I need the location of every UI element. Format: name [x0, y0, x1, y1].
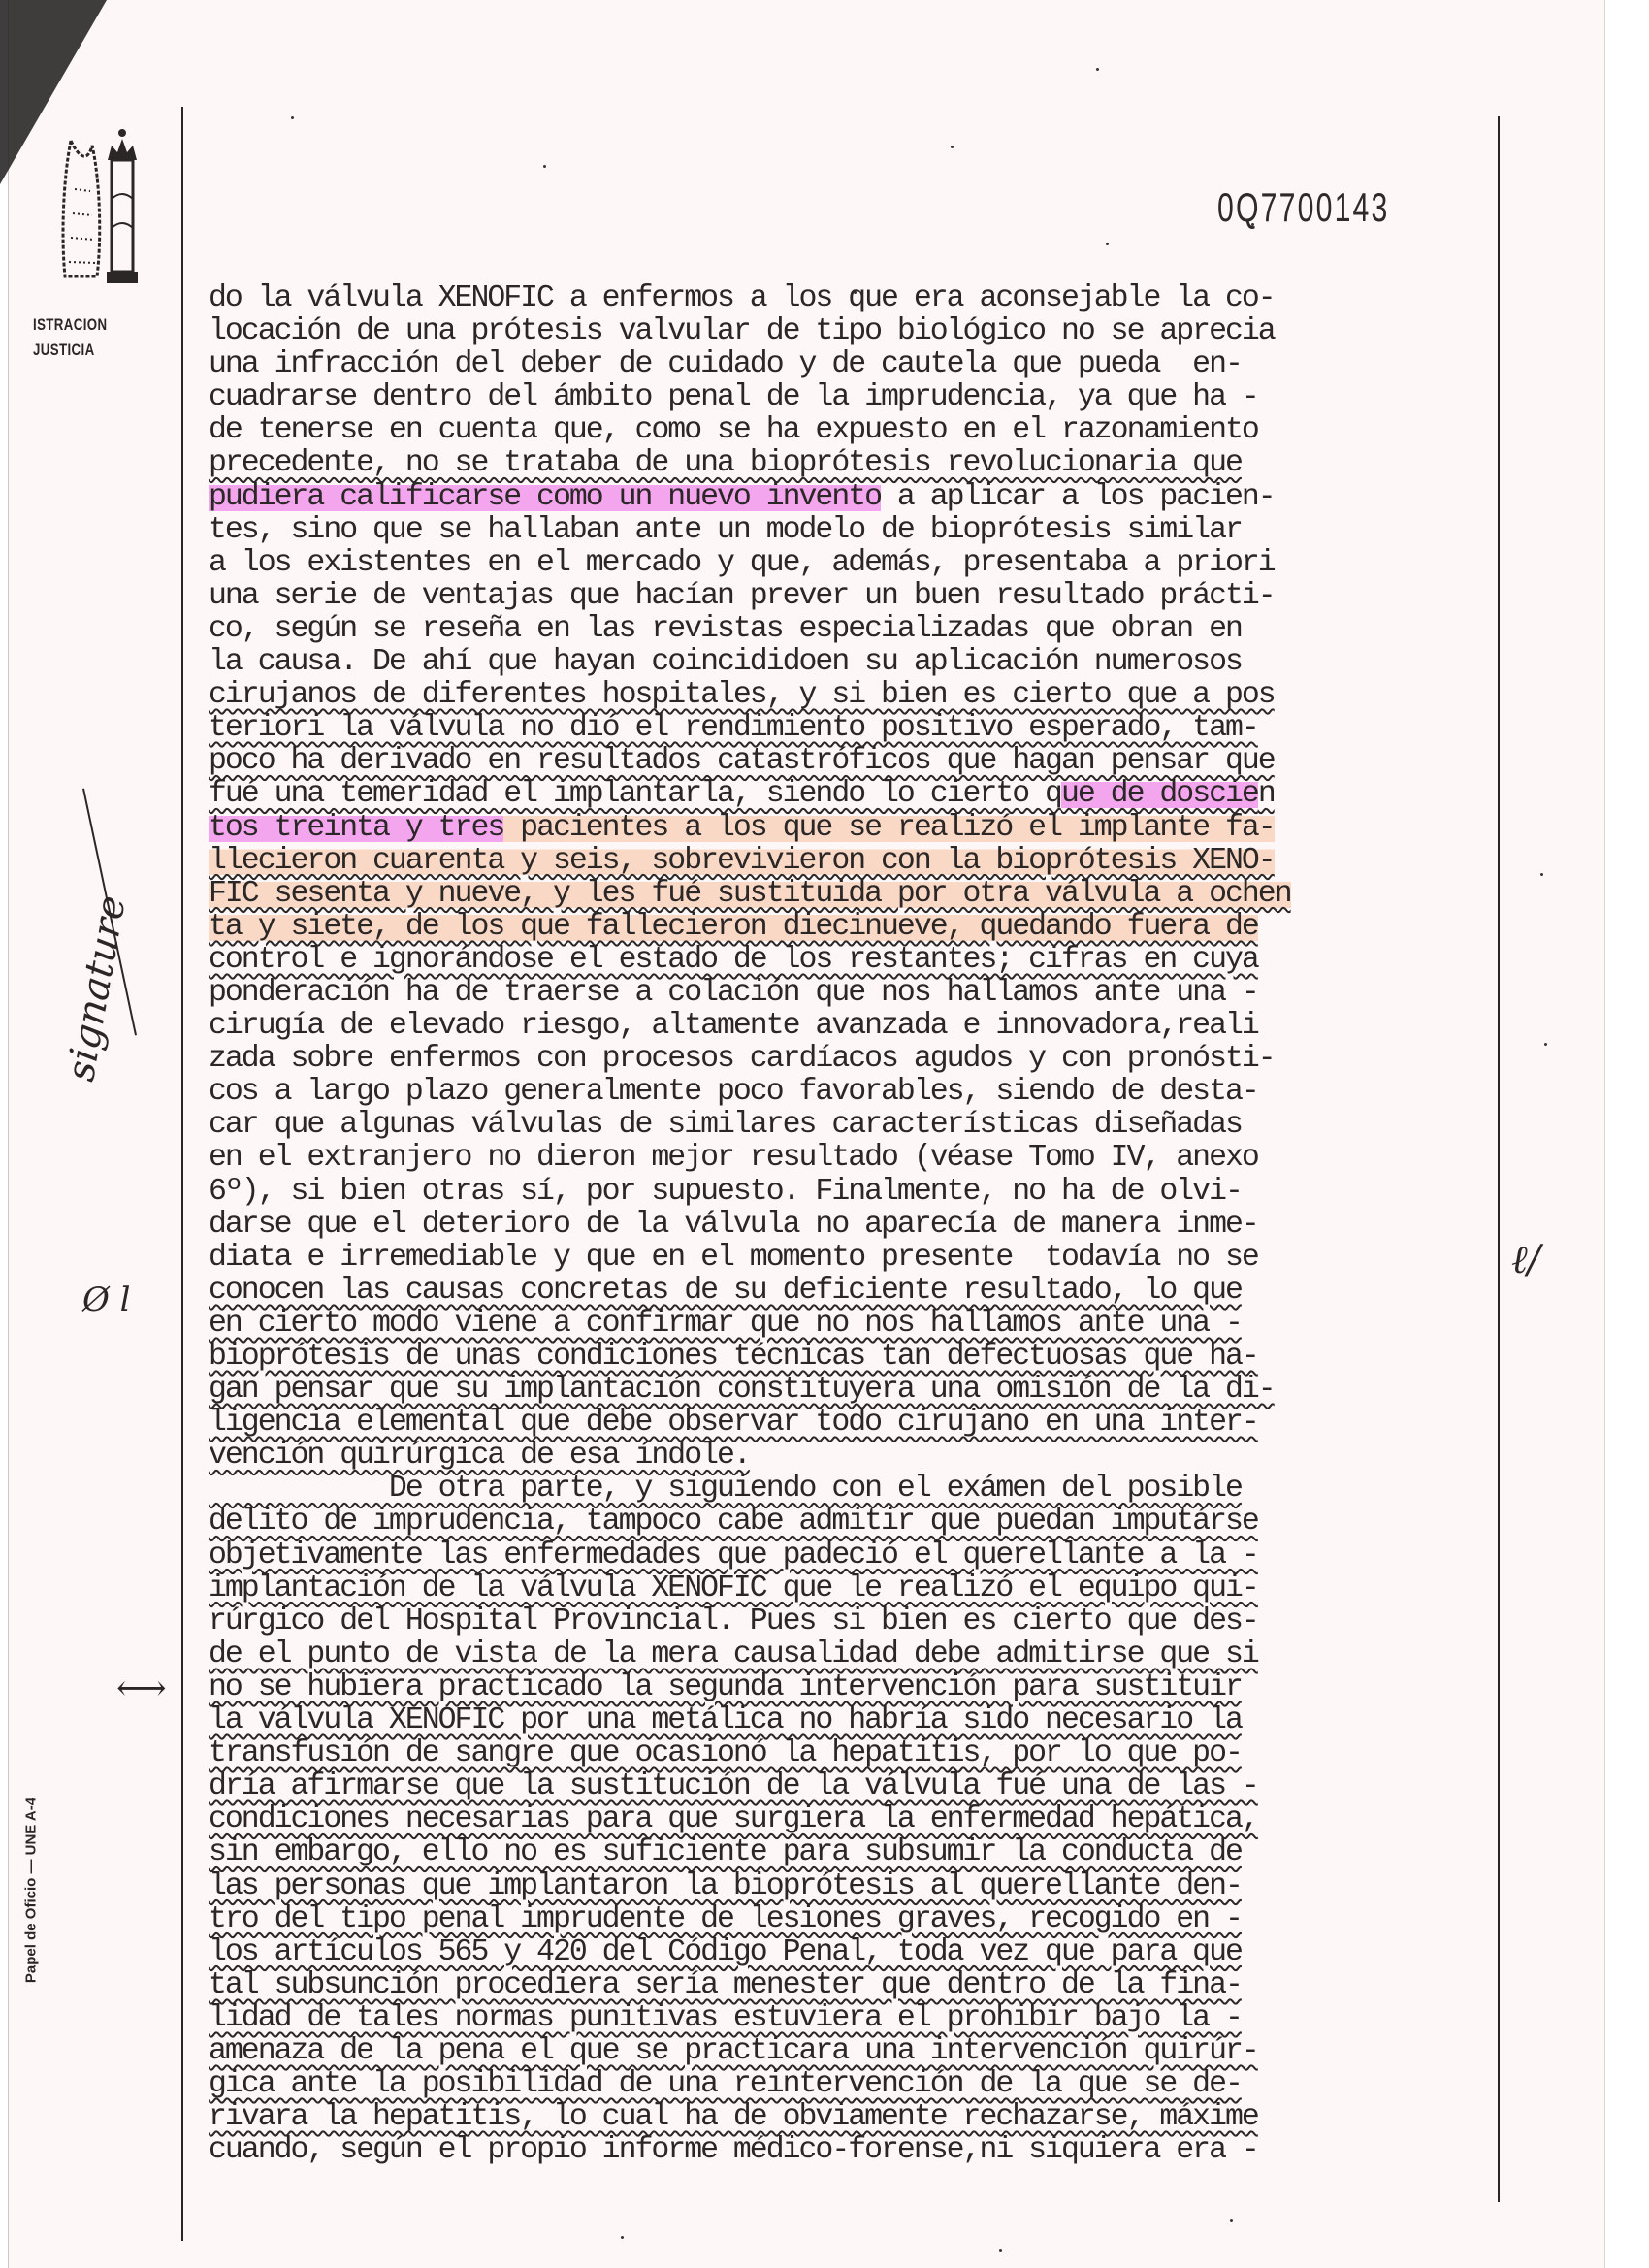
text-line-content: los artículos 565 y 420 del Código Penal… [209, 1935, 1242, 1969]
page-edge-left [0, 0, 9, 2268]
text-line-content: objetivamente las enfermedades que padec… [209, 1539, 1258, 1572]
scan-speck [252, 786, 255, 789]
highlighted-text: FIC sesenta y nueve, y les fué sustituid… [209, 877, 1291, 911]
text-line: amenaza de la pena el que se practicara … [209, 2035, 1503, 2068]
text-line: cirugía de elevado riesgo, altamente ava… [209, 1010, 1503, 1043]
text-line: darse que el deterioro de la válvula no … [209, 1209, 1503, 1242]
text-line: teriori la válvula no dió el rendimiento… [209, 712, 1503, 745]
text-line: rivara la hepatitis, lo cual ha de obvia… [209, 2101, 1503, 2134]
text-line-content: condiciones necesarias para que surgiera… [209, 1802, 1258, 1836]
margin-initials-right: ℓ/ [1511, 1237, 1540, 1282]
text-line-content: diata e irremediable y que en el momento… [209, 1241, 1258, 1275]
text-line: locación de una prótesis valvular de tip… [209, 315, 1503, 348]
text-line: conocen las causas concretas de su defic… [209, 1275, 1503, 1308]
text-line: tro del tipo penal imprudente de lesione… [209, 1903, 1503, 1936]
text-line-content: las personas que implantaron la biopróte… [209, 1869, 1242, 1903]
text-line: de el punto de vista de la mera causalid… [209, 1638, 1503, 1671]
text-line: poco ha derivado en resultados catastróf… [209, 745, 1503, 778]
scan-speck [621, 2236, 624, 2239]
highlighted-text: ta y siete, de los que fallecieron dieci… [209, 910, 1258, 944]
text-line: de tenerse en cuenta que, como se ha exp… [209, 414, 1503, 447]
text-line-content: delito de imprudencia, tampoco cabe admi… [209, 1505, 1258, 1539]
scan-speck [1230, 2219, 1233, 2222]
text-line-content: en cierto modo viene a confirmar que no … [209, 1307, 1242, 1341]
text-line: precedente, no se trataba de una bioprót… [209, 447, 1503, 480]
scan-speck [1096, 68, 1099, 71]
document-number: 0Q7700143 [1217, 184, 1390, 231]
text-line-content: implantación de la válvula XENOFIC que l… [209, 1571, 1258, 1605]
text-line: diata e irremediable y que en el momento… [209, 1242, 1503, 1275]
text-line-content: fué una temeridad el implantarla, siendo… [209, 777, 1275, 811]
scan-speck [1251, 223, 1254, 226]
scan-speck [1540, 873, 1543, 876]
text-line-content: De otra parte, y siguiendo con el exámen… [209, 1472, 1242, 1506]
paper-type-label: Papel de Oficio — UNE A-4 [23, 1774, 40, 2007]
text-line: objetivamente las enfermedades que padec… [209, 1539, 1503, 1572]
text-line-content: control e ignorándose el estado de los r… [209, 943, 1258, 977]
highlighted-text: pacientes a los que se realizó el implan… [503, 811, 1274, 845]
text-line-content: car que algunas válvulas de similares ca… [209, 1108, 1242, 1142]
highlighted-text: ue de doscie [1061, 777, 1258, 811]
text-line-content: ponderación ha de traerse a colación que… [209, 976, 1258, 1010]
text-line-content: darse que el deterioro de la válvula no … [209, 1208, 1258, 1242]
text-line: do la válvula XENOFIC a enfermos a los q… [209, 282, 1503, 315]
text-line: lidad de tales normas punitivas estuvier… [209, 2002, 1503, 2035]
text-line: la válvula XENOFIC por una metálica no h… [209, 1704, 1503, 1737]
text-line-content: zada sobre enfermos con procesos cardíac… [209, 1042, 1275, 1076]
text-line: co, según se reseña en las revistas espe… [209, 613, 1503, 646]
text-line: gan pensar que su implantación constituy… [209, 1374, 1503, 1407]
text-line: la causa. De ahí que hayan coincididoen … [209, 646, 1503, 679]
organization-name-line-2: JUSTICIA [33, 340, 95, 360]
text-line: una infracción del deber de cuidado y de… [209, 348, 1503, 381]
text-line: cos a largo plazo generalmente poco favo… [209, 1076, 1503, 1109]
text-line: car que algunas válvulas de similares ca… [209, 1109, 1503, 1142]
text-line-content: precedente, no se trataba de una bioprót… [209, 446, 1242, 480]
organization-name-line-1: ISTRACION [33, 315, 107, 335]
text-line-content: de el punto de vista de la mera causalid… [209, 1637, 1258, 1671]
text-line-content: gica ante la posibilidad de una reinterv… [209, 2067, 1242, 2101]
text-line-content: conocen las causas concretas de su defic… [209, 1274, 1242, 1308]
text-line-content: 6º), si bien otras sí, por supuesto. Fin… [209, 1175, 1242, 1209]
text-line: De otra parte, y siguiendo con el exámen… [209, 1473, 1503, 1506]
text-line: no se hubiera practicado la segunda inte… [209, 1671, 1503, 1704]
text-line-content: la causa. De ahí que hayan coincididoen … [209, 645, 1242, 679]
text-line-content: dría afirmarse que la sustitución de la … [209, 1769, 1258, 1803]
text-line-content: amenaza de la pena el que se practicara … [209, 2034, 1258, 2068]
scan-speck [1544, 1043, 1547, 1046]
text-line: rúrgico del Hospital Provincial. Pues si… [209, 1605, 1503, 1638]
text-line: cuando, según el propio informe médico-f… [209, 2134, 1503, 2167]
text-line-content: una serie de ventajas que hacían prever … [209, 579, 1275, 613]
highlighted-text: llecieron cuarenta y seis, sobrevivieron… [209, 844, 1275, 878]
text-line: fué una temeridad el implantarla, siendo… [209, 778, 1503, 811]
highlighted-text: tos treinta y tres [209, 811, 503, 845]
text-line-content: cirujanos de diferentes hospitales, y si… [209, 678, 1275, 712]
margin-signature: signature [58, 892, 135, 1085]
scan-speck [854, 291, 857, 294]
text-line: vención quirúrgica de esa índole. [209, 1440, 1503, 1473]
text-line: tos treinta y tres pacientes a los que s… [209, 812, 1503, 845]
scan-speck [1106, 243, 1109, 245]
text-line-content: teriori la válvula no dió el rendimiento… [209, 711, 1258, 745]
text-line-content: bioprótesis de unas condiciones técnicas… [209, 1340, 1258, 1374]
text-line: una serie de ventajas que hacían prever … [209, 580, 1503, 613]
margin-initials-left: Ø l [82, 1280, 131, 1319]
text-line-content: cirugía de elevado riesgo, altamente ava… [209, 1009, 1258, 1043]
scan-speck [999, 2249, 1002, 2252]
text-line: ligencia elemental que debe observar tod… [209, 1407, 1503, 1440]
text-line: tes, sino que se hallaban ante un modelo… [209, 514, 1503, 547]
text-line: las personas que implantaron la biopróte… [209, 1870, 1503, 1903]
coat-of-arms-emblem-icon [53, 121, 150, 291]
text-line: control e ignorándose el estado de los r… [209, 944, 1503, 977]
text-line: en el extranjero no dieron mejor resulta… [209, 1142, 1503, 1175]
text-line-content: locación de una prótesis valvular de tip… [209, 314, 1275, 348]
text-line: cuadrarse dentro del ámbito penal de la … [209, 381, 1503, 414]
text-line: dría afirmarse que la sustitución de la … [209, 1770, 1503, 1803]
text-line-content: la válvula XENOFIC por una metálica no h… [209, 1703, 1242, 1737]
text-line-content: tos treinta y tres pacientes a los que s… [209, 811, 1275, 845]
text-line-content: vención quirúrgica de esa índole. [209, 1439, 750, 1473]
text-line-content: tes, sino que se hallaban ante un modelo… [209, 513, 1242, 547]
text-line-content: a los existentes en el mercado y que, ad… [209, 546, 1275, 580]
text-line-content: lidad de tales normas punitivas estuvier… [209, 2001, 1242, 2035]
text-line-content: de tenerse en cuenta que, como se ha exp… [209, 413, 1258, 447]
text-line: condiciones necesarias para que surgiera… [209, 1803, 1503, 1836]
text-line-content: gan pensar que su implantación constituy… [209, 1373, 1275, 1407]
highlighted-text: pudiera calificarse como un nuevo invent… [209, 480, 881, 514]
text-line: bioprótesis de unas condiciones técnicas… [209, 1341, 1503, 1374]
text-line: ta y siete, de los que fallecieron dieci… [209, 911, 1503, 944]
text-line: zada sobre enfermos con procesos cardíac… [209, 1043, 1503, 1076]
text-line: tal subsunción procediera sería menester… [209, 1969, 1503, 2002]
text-line: delito de imprudencia, tampoco cabe admi… [209, 1506, 1503, 1539]
scan-speck [951, 146, 954, 148]
text-line: llecieron cuarenta y seis, sobrevivieron… [209, 845, 1503, 878]
text-line-content: ta y siete, de los que fallecieron dieci… [209, 910, 1258, 944]
text-line: ponderación ha de traerse a colación que… [209, 977, 1503, 1010]
text-line: en cierto modo viene a confirmar que no … [209, 1308, 1503, 1341]
margin-arrow-icon: ⟷ [116, 1669, 167, 1708]
text-line-content: pudiera calificarse como un nuevo invent… [209, 480, 1275, 514]
text-line: sin embargo, ello no es suficiente para … [209, 1836, 1503, 1869]
text-line-content: sin embargo, ello no es suficiente para … [209, 1835, 1242, 1869]
text-line-content: do la válvula XENOFIC a enfermos a los q… [209, 281, 1275, 315]
text-line: gica ante la posibilidad de una reinterv… [209, 2068, 1503, 2101]
text-line-content: poco ha derivado en resultados catastróf… [209, 744, 1275, 778]
text-line-content: llecieron cuarenta y seis, sobrevivieron… [209, 844, 1275, 878]
text-line-content: cuando, según el propio informe médico-f… [209, 2133, 1258, 2167]
text-line-content: co, según se reseña en las revistas espe… [209, 612, 1242, 646]
scan-speck [543, 165, 546, 168]
text-line-content: en el extranjero no dieron mejor resulta… [209, 1141, 1258, 1175]
text-line-content: cuadrarse dentro del ámbito penal de la … [209, 380, 1258, 414]
text-line: FIC sesenta y nueve, y les fué sustituid… [209, 878, 1503, 911]
text-line: 6º), si bien otras sí, por supuesto. Fin… [209, 1176, 1503, 1209]
page-edge-right [1604, 0, 1649, 2268]
text-line-content: FIC sesenta y nueve, y les fué sustituid… [209, 877, 1291, 911]
text-line-content: cos a largo plazo generalmente poco favo… [209, 1075, 1258, 1109]
document-body: do la válvula XENOFIC a enfermos a los q… [209, 282, 1503, 2167]
left-margin-rule [181, 107, 183, 2241]
text-line: transfusión de sangre que ocasionó la he… [209, 1737, 1503, 1770]
text-line-content: una infracción del deber de cuidado y de… [209, 347, 1242, 381]
text-line-content: tro del tipo penal imprudente de lesione… [209, 1902, 1242, 1936]
text-line-content: rúrgico del Hospital Provincial. Pues si… [209, 1604, 1258, 1638]
scan-speck [291, 116, 294, 119]
text-line-content: ligencia elemental que debe observar tod… [209, 1406, 1258, 1440]
text-line: cirujanos de diferentes hospitales, y si… [209, 679, 1503, 712]
text-line-content: no se hubiera practicado la segunda inte… [209, 1670, 1242, 1704]
text-line-content: tal subsunción procediera sería menester… [209, 1968, 1242, 2002]
text-line: a los existentes en el mercado y que, ad… [209, 547, 1503, 580]
text-line: pudiera calificarse como un nuevo invent… [209, 481, 1503, 514]
text-line-content: transfusión de sangre que ocasionó la he… [209, 1736, 1242, 1770]
text-line: implantación de la válvula XENOFIC que l… [209, 1572, 1503, 1605]
text-line: los artículos 565 y 420 del Código Penal… [209, 1936, 1503, 1969]
text-line-content: rivara la hepatitis, lo cual ha de obvia… [209, 2100, 1258, 2134]
